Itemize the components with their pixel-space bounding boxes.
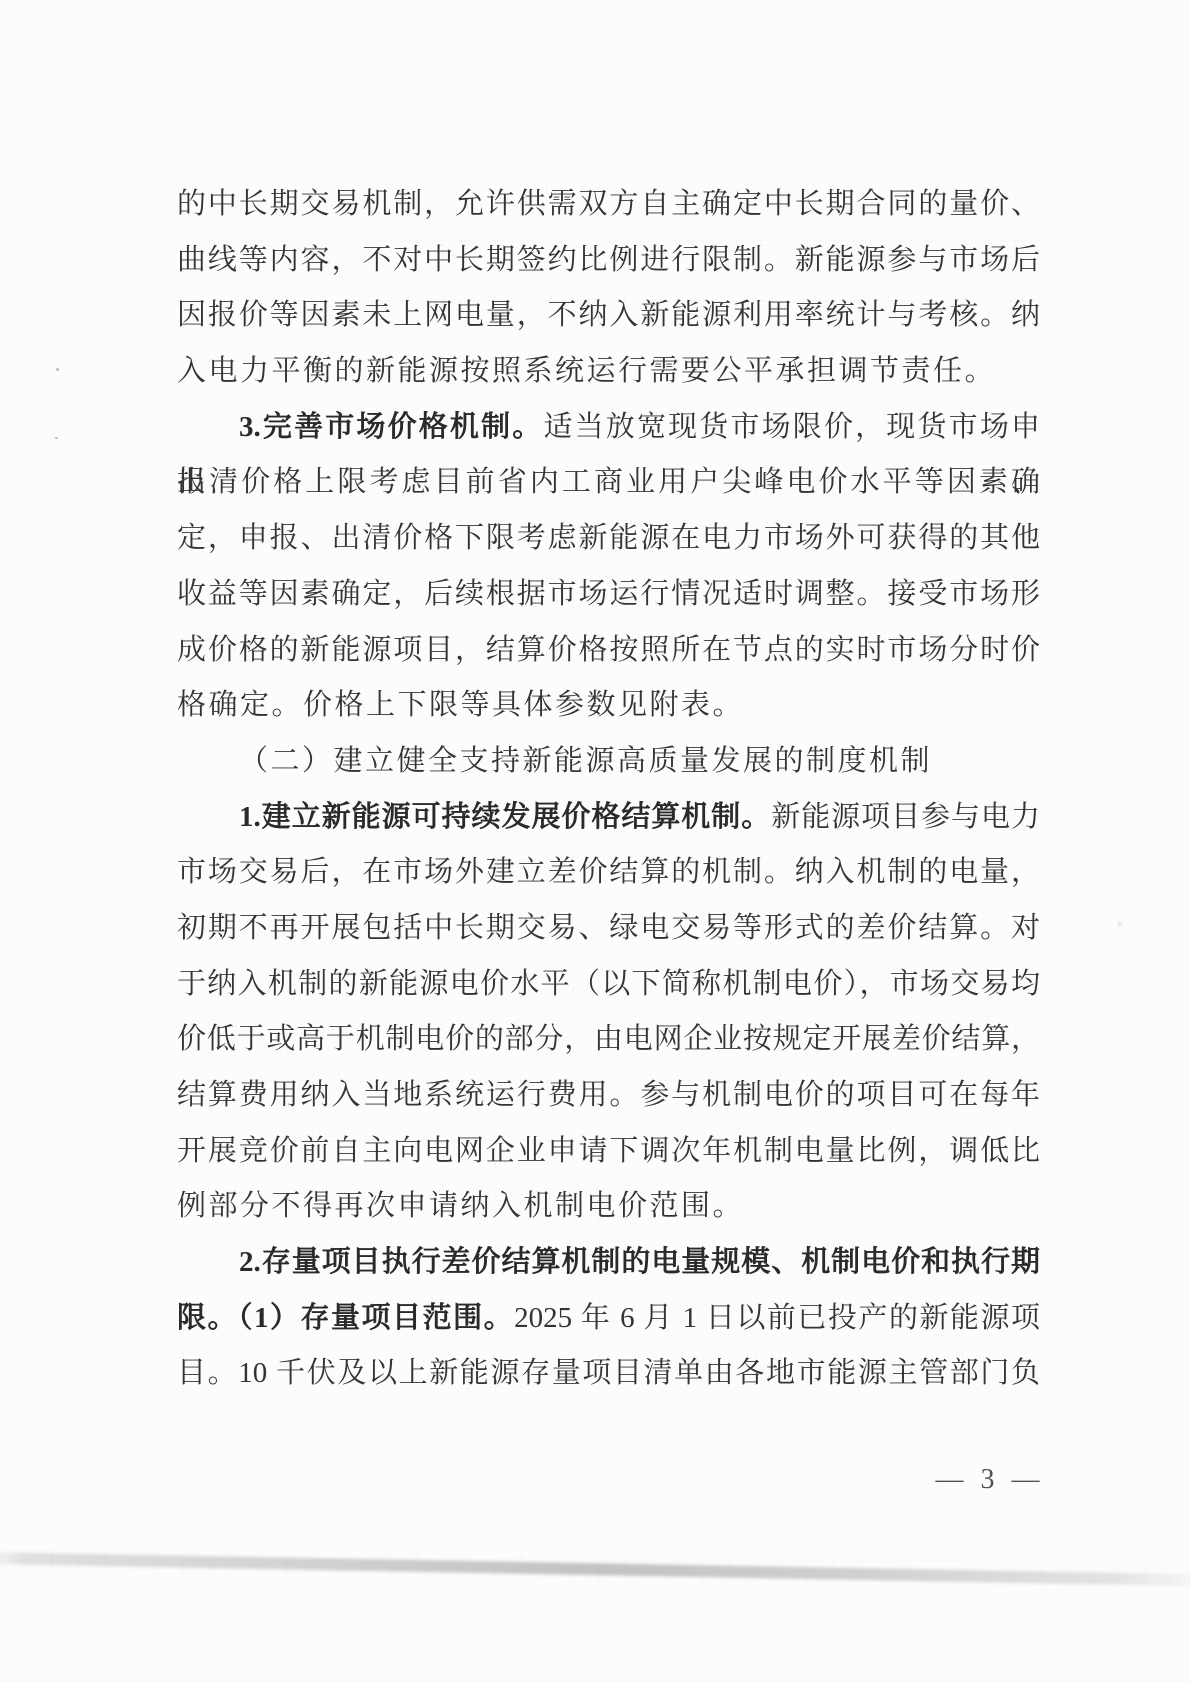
text-line: 结算费用纳入当地系统运行费用。参与机制电价的项目可在每年: [177, 1068, 1040, 1124]
text-segment: 成价格的新能源项目，结算价格按照所在节点的实时市场分时价: [177, 634, 1040, 666]
text-segment-bold: 限。（1）存量项目范围。: [177, 1302, 514, 1334]
text-line: 定，申报、出清价格下限考虑新能源在电力市场外可获得的其他: [177, 511, 1040, 567]
text-segment: 出清价格上限考虑目前省内工商业用户尖峰电价水平等因素确: [177, 466, 1040, 498]
text-line: 初期不再开展包括中长期交易、绿电交易等形式的差价结算。对: [177, 901, 1040, 957]
text-segment: 例部分不得再次申请纳入机制电价范围。: [177, 1190, 744, 1222]
text-line: 曲线等内容，不对中长期签约比例进行限制。新能源参与市场后: [177, 233, 1040, 289]
text-segment: 开展竞价前自主向电网企业申请下调次年机制电量比例，调低比: [177, 1135, 1040, 1167]
scan-speck: [56, 368, 59, 371]
text-line: 入电力平衡的新能源按照系统运行需要公平承担调节责任。: [177, 344, 1040, 400]
text-line: 价低于或高于机制电价的部分，由电网企业按规定开展差价结算，: [177, 1012, 1040, 1068]
text-segment: 新能源项目参与电力: [771, 801, 1040, 833]
text-segment: 曲线等内容，不对中长期签约比例进行限制。新能源参与市场后: [177, 244, 1040, 276]
text-line: 目。10 千伏及以上新能源存量项目清单由各地市能源主管部门负: [177, 1346, 1040, 1402]
scan-speck: [55, 437, 58, 439]
scan-speck: [1118, 923, 1122, 926]
document-body: 的中长期交易机制，允许供需双方自主确定中长期合同的量价、曲线等内容，不对中长期签…: [177, 177, 1040, 1402]
text-segment: 2025 年 6 月 1 日以前已投产的新能源项: [514, 1302, 1040, 1334]
document-page: 的中长期交易机制，允许供需双方自主确定中长期合同的量价、曲线等内容，不对中长期签…: [0, 0, 1190, 1682]
text-line: 3.完善市场价格机制。适当放宽现货市场限价，现货市场申报、: [177, 400, 1040, 456]
text-segment: 收益等因素确定，后续根据市场运行情况适时调整。接受市场形: [177, 578, 1040, 610]
text-segment: 因报价等因素未上网电量，不纳入新能源利用率统计与考核。纳: [177, 299, 1040, 331]
text-line: 格确定。价格上下限等具体参数见附表。: [177, 678, 1040, 734]
text-segment: （二）建立健全支持新能源高质量发展的制度机制: [239, 745, 932, 777]
text-line: 因报价等因素未上网电量，不纳入新能源利用率统计与考核。纳: [177, 288, 1040, 344]
text-segment: 于纳入机制的新能源电价水平（以下简称机制电价），市场交易均: [177, 968, 1040, 1000]
text-segment: 市场交易后，在市场外建立差价结算的机制。纳入机制的电量，: [177, 856, 1040, 888]
text-line: 收益等因素确定，后续根据市场运行情况适时调整。接受市场形: [177, 567, 1040, 623]
text-line: 1.建立新能源可持续发展价格结算机制。新能源项目参与电力: [177, 790, 1040, 846]
text-line: 的中长期交易机制，允许供需双方自主确定中长期合同的量价、: [177, 177, 1040, 233]
text-segment-bold: 2.存量项目执行差价结算机制的电量规模、机制电价和执行期: [239, 1246, 1040, 1278]
text-line: 例部分不得再次申请纳入机制电价范围。: [177, 1179, 1040, 1235]
text-line: 2.存量项目执行差价结算机制的电量规模、机制电价和执行期: [177, 1235, 1040, 1291]
text-segment: 目。10 千伏及以上新能源存量项目清单由各地市能源主管部门负: [177, 1357, 1040, 1389]
scan-artifact-streak: [0, 1552, 1190, 1587]
page-number: — 3 —: [905, 1455, 1075, 1505]
text-segment: 的中长期交易机制，允许供需双方自主确定中长期合同的量价、: [177, 188, 1040, 220]
text-line: 开展竞价前自主向电网企业申请下调次年机制电量比例，调低比: [177, 1124, 1040, 1180]
text-segment: 格确定。价格上下限等具体参数见附表。: [177, 689, 744, 721]
text-segment: 定，申报、出清价格下限考虑新能源在电力市场外可获得的其他: [177, 522, 1040, 554]
text-segment: 结算费用纳入当地系统运行费用。参与机制电价的项目可在每年: [177, 1079, 1040, 1111]
text-segment-bold: 3.完善市场价格机制。: [239, 411, 543, 443]
text-segment-bold: 1.建立新能源可持续发展价格结算机制。: [239, 801, 771, 833]
text-line: 限。（1）存量项目范围。2025 年 6 月 1 日以前已投产的新能源项: [177, 1291, 1040, 1347]
text-line: （二）建立健全支持新能源高质量发展的制度机制: [177, 734, 1040, 790]
text-line: 成价格的新能源项目，结算价格按照所在节点的实时市场分时价: [177, 623, 1040, 679]
text-line: 于纳入机制的新能源电价水平（以下简称机制电价），市场交易均: [177, 957, 1040, 1013]
text-line: 出清价格上限考虑目前省内工商业用户尖峰电价水平等因素确: [177, 455, 1040, 511]
text-segment: 价低于或高于机制电价的部分，由电网企业按规定开展差价结算，: [177, 1023, 1040, 1055]
text-line: 市场交易后，在市场外建立差价结算的机制。纳入机制的电量，: [177, 845, 1040, 901]
text-segment: 入电力平衡的新能源按照系统运行需要公平承担调节责任。: [177, 355, 996, 387]
text-segment: 初期不再开展包括中长期交易、绿电交易等形式的差价结算。对: [177, 912, 1040, 944]
